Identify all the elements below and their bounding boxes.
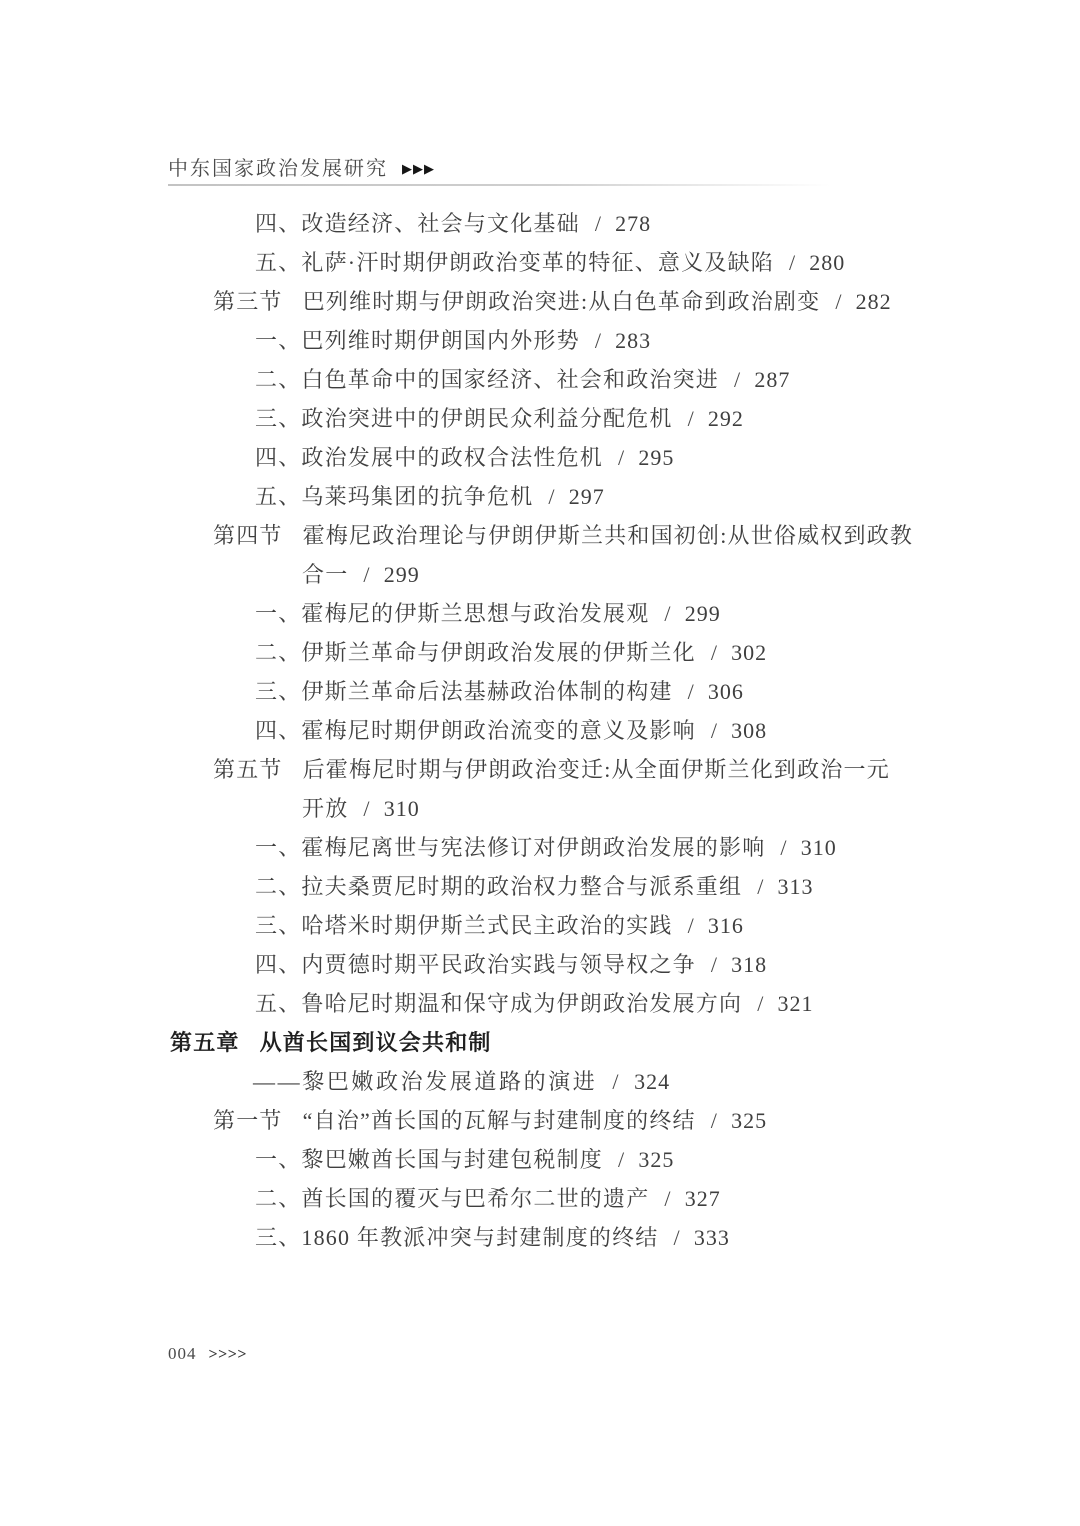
toc-separator: / xyxy=(688,406,695,431)
toc-page-number: 316 xyxy=(708,913,744,938)
toc-separator: / xyxy=(711,718,718,743)
toc-page-number: 282 xyxy=(856,289,892,314)
toc-entry: 第一节“自治”酋长国的瓦解与封建制度的终结/325 xyxy=(168,1101,968,1140)
toc-page-number: 325 xyxy=(731,1108,767,1133)
toc-entry-title: 五、礼萨·汗时期伊朗政治变革的特征、意义及缺陷 xyxy=(255,250,774,275)
toc-page-number: 278 xyxy=(615,211,651,236)
toc-entry: 第五章从酋长国到议会共和制 xyxy=(168,1023,968,1062)
toc-page-number: 302 xyxy=(731,640,767,665)
toc-page-number: 313 xyxy=(778,874,814,899)
triple-arrow-icon: ▶▶▶ xyxy=(402,161,435,176)
toc-separator: / xyxy=(618,445,625,470)
toc-separator: / xyxy=(595,328,602,353)
toc-entry: 一、霍梅尼的伊斯兰思想与政治发展观/299 xyxy=(168,594,968,633)
toc-entry-title: 三、政治突进中的伊朗民众利益分配危机 xyxy=(255,406,673,431)
toc-entry: 五、礼萨·汗时期伊朗政治变革的特征、意义及缺陷/280 xyxy=(168,243,968,282)
toc-page-number: 292 xyxy=(708,406,744,431)
toc-page-number: 327 xyxy=(685,1186,721,1211)
toc-page-number: 306 xyxy=(708,679,744,704)
toc-entry-title: 二、拉夫桑贾尼时期的政治权力整合与派系重组 xyxy=(255,874,742,899)
toc-separator: / xyxy=(780,835,787,860)
toc-entry-title: 一、巴列维时期伊朗国内外形势 xyxy=(255,328,580,353)
toc-separator: / xyxy=(688,679,695,704)
folio-page-number: 004 xyxy=(168,1344,197,1363)
toc-entry-title: 四、改造经济、社会与文化基础 xyxy=(255,211,580,236)
toc-separator: / xyxy=(595,211,602,236)
toc-entry-title: 四、霍梅尼时期伊朗政治流变的意义及影响 xyxy=(255,718,696,743)
toc-separator: / xyxy=(757,991,764,1016)
running-head-book-title: 中东国家政治发展研究 xyxy=(168,158,388,180)
toc-entry: 合一/299 xyxy=(168,555,968,594)
toc-page-number: 280 xyxy=(809,250,845,275)
toc-entry-title: 三、伊斯兰革命后法基赫政治体制的构建 xyxy=(255,679,673,704)
toc-page-number: 325 xyxy=(638,1147,674,1172)
toc-entry: 四、政治发展中的政权合法性危机/295 xyxy=(168,438,968,477)
toc-entry: 四、霍梅尼时期伊朗政治流变的意义及影响/308 xyxy=(168,711,968,750)
toc-entry: 二、伊斯兰革命与伊朗政治发展的伊斯兰化/302 xyxy=(168,633,968,672)
toc-entry: 一、巴列维时期伊朗国内外形势/283 xyxy=(168,321,968,360)
toc-separator: / xyxy=(711,640,718,665)
toc-separator: / xyxy=(548,484,555,509)
toc-entry-title: 一、黎巴嫩酋长国与封建包税制度 xyxy=(255,1147,603,1172)
toc-separator: / xyxy=(835,289,842,314)
toc-separator: / xyxy=(711,1108,718,1133)
toc-entry: 三、1860 年教派冲突与封建制度的终结/333 xyxy=(168,1218,968,1257)
toc-page-number: 295 xyxy=(638,445,674,470)
toc-page-number: 324 xyxy=(634,1069,670,1094)
toc-entry: 三、哈塔米时期伊斯兰式民主政治的实践/316 xyxy=(168,906,968,945)
toc-entry-title: 五、乌莱玛集团的抗争危机 xyxy=(255,484,533,509)
toc-entry: 第五节后霍梅尼时期与伊朗政治变迁:从全面伊斯兰化到政治一元 xyxy=(168,750,968,789)
toc-entry: 一、黎巴嫩酋长国与封建包税制度/325 xyxy=(168,1140,968,1179)
toc-page-number: 333 xyxy=(694,1225,730,1250)
page-header: 中东国家政治发展研究▶▶▶ xyxy=(168,156,435,184)
toc-separator: / xyxy=(674,1225,681,1250)
toc-page-number: 287 xyxy=(754,367,790,392)
toc-page-number: 283 xyxy=(615,328,651,353)
book-page: 中东国家政治发展研究▶▶▶ 四、改造经济、社会与文化基础/278 五、礼萨·汗时… xyxy=(0,0,1080,1526)
toc-entry-title: “自治”酋长国的瓦解与封建制度的终结 xyxy=(303,1108,696,1133)
toc-entry-label: 第五章 xyxy=(170,1030,240,1055)
toc-page-number: 299 xyxy=(685,601,721,626)
toc-entry: 第三节巴列维时期与伊朗政治突进:从白色革命到政治剧变/282 xyxy=(168,282,968,321)
toc: 四、改造经济、社会与文化基础/278 五、礼萨·汗时期伊朗政治变革的特征、意义及… xyxy=(168,204,968,1257)
toc-entry-title: 从酋长国到议会共和制 xyxy=(260,1030,492,1055)
toc-entry-title: 霍梅尼政治理论与伊朗伊斯兰共和国初创:从世俗威权到政教 xyxy=(303,523,914,548)
toc-separator: / xyxy=(688,913,695,938)
toc-separator: / xyxy=(757,874,764,899)
toc-entry-title: 二、伊斯兰革命与伊朗政治发展的伊斯兰化 xyxy=(255,640,696,665)
toc-entry: 二、酋长国的覆灭与巴希尔二世的遗产/327 xyxy=(168,1179,968,1218)
toc-page-number: 318 xyxy=(731,952,767,977)
toc-page-number: 299 xyxy=(384,562,420,587)
toc-separator: / xyxy=(664,1186,671,1211)
toc-entry: 开放/310 xyxy=(168,789,968,828)
quad-chevron-icon: >>>> xyxy=(209,1346,247,1363)
toc-separator: / xyxy=(612,1069,621,1094)
toc-entry: 四、改造经济、社会与文化基础/278 xyxy=(168,204,968,243)
toc-entry: 五、乌莱玛集团的抗争危机/297 xyxy=(168,477,968,516)
toc-separator: / xyxy=(711,952,718,977)
toc-separator: / xyxy=(789,250,796,275)
toc-page-number: 308 xyxy=(731,718,767,743)
toc-separator: / xyxy=(664,601,671,626)
toc-entry: 三、伊斯兰革命后法基赫政治体制的构建/306 xyxy=(168,672,968,711)
toc-entry-title: ——黎巴嫩政治发展道路的演进 xyxy=(253,1069,597,1094)
toc-entry-title: 五、鲁哈尼时期温和保守成为伊朗政治发展方向 xyxy=(255,991,742,1016)
toc-entry-title: 后霍梅尼时期与伊朗政治变迁:从全面伊斯兰化到政治一元 xyxy=(303,757,890,782)
toc-entry-label: 第四节 xyxy=(213,523,283,548)
toc-entry-title: 一、霍梅尼离世与宪法修订对伊朗政治发展的影响 xyxy=(255,835,765,860)
toc-separator: / xyxy=(363,562,370,587)
toc-page-number: 321 xyxy=(778,991,814,1016)
toc-entry: 第四节霍梅尼政治理论与伊朗伊斯兰共和国初创:从世俗威权到政教 xyxy=(168,516,968,555)
toc-separator: / xyxy=(618,1147,625,1172)
toc-entry: 一、霍梅尼离世与宪法修订对伊朗政治发展的影响/310 xyxy=(168,828,968,867)
toc-entry-title: 二、白色革命中的国家经济、社会和政治突进 xyxy=(255,367,719,392)
toc-entry: 二、白色革命中的国家经济、社会和政治突进/287 xyxy=(168,360,968,399)
toc-separator: / xyxy=(363,796,370,821)
toc-entry-title: 四、政治发展中的政权合法性危机 xyxy=(255,445,603,470)
toc-entry: 二、拉夫桑贾尼时期的政治权力整合与派系重组/313 xyxy=(168,867,968,906)
toc-entry-title: 一、霍梅尼的伊斯兰思想与政治发展观 xyxy=(255,601,649,626)
page-footer: 004>>>> xyxy=(168,1342,247,1367)
toc-entry-title: 三、1860 年教派冲突与封建制度的终结 xyxy=(255,1225,659,1250)
toc-entry: 三、政治突进中的伊朗民众利益分配危机/292 xyxy=(168,399,968,438)
toc-entry-title: 四、内贾德时期平民政治实践与领导权之争 xyxy=(255,952,696,977)
toc-entry: ——黎巴嫩政治发展道路的演进/324 xyxy=(168,1062,968,1101)
toc-entry-title: 开放 xyxy=(302,796,348,821)
toc-page-number: 297 xyxy=(569,484,605,509)
toc-entry-label: 第五节 xyxy=(213,757,283,782)
toc-entry: 五、鲁哈尼时期温和保守成为伊朗政治发展方向/321 xyxy=(168,984,968,1023)
toc-entry-title: 二、酋长国的覆灭与巴希尔二世的遗产 xyxy=(255,1186,649,1211)
toc-entry-title: 三、哈塔米时期伊斯兰式民主政治的实践 xyxy=(255,913,673,938)
header-rule xyxy=(168,184,858,186)
toc-entry-title: 巴列维时期与伊朗政治突进:从白色革命到政治剧变 xyxy=(303,289,821,314)
toc-entry: 四、内贾德时期平民政治实践与领导权之争/318 xyxy=(168,945,968,984)
toc-page-number: 310 xyxy=(384,796,420,821)
toc-separator: / xyxy=(734,367,741,392)
toc-entry-label: 第一节 xyxy=(213,1108,283,1133)
toc-page-number: 310 xyxy=(801,835,837,860)
toc-entry-title: 合一 xyxy=(302,562,348,587)
toc-entry-label: 第三节 xyxy=(213,289,283,314)
